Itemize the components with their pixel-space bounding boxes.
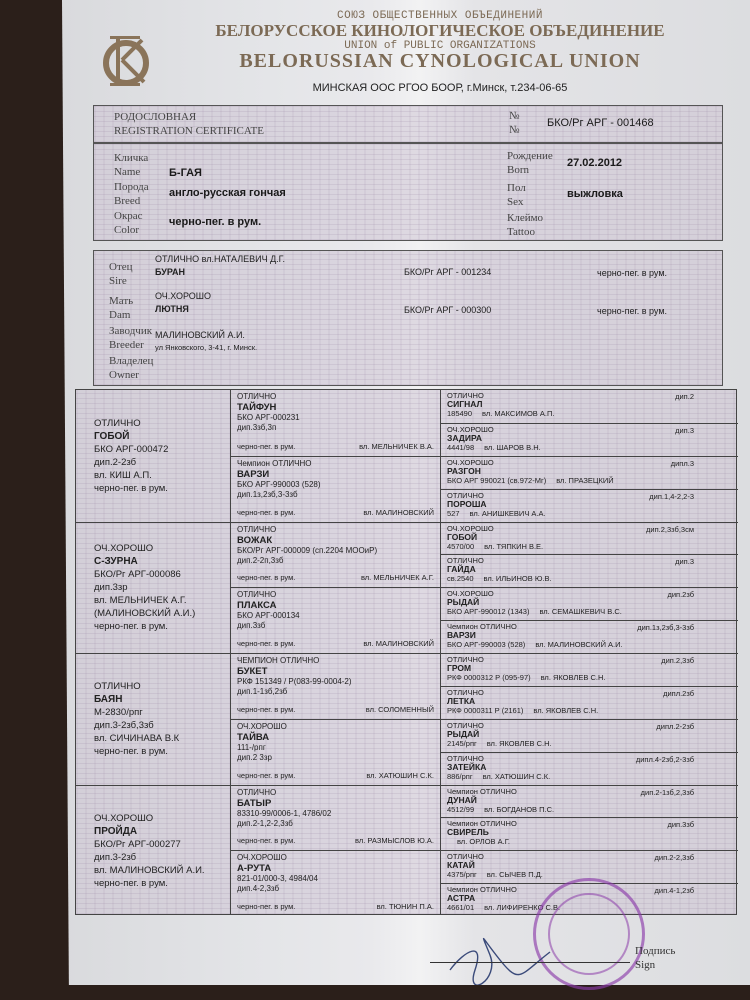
ancestor-diploma: дип.1-1зб,2зб [237,687,434,697]
ancestor-grade: ОТЛИЧНО [237,525,434,535]
ancestor-owner: вл. РАЗМЫСЛОВ Ю.А. [355,836,434,846]
owner-label-ru: Владелец [109,355,153,368]
ancestor-registration-line: вл. ОРЛОВ А.Г. [447,837,732,846]
certificate-title-box: РОДОСЛОВНАЯ REGISTRATION CERTIFICATE № №… [93,105,723,143]
ancestor-name: ВАРЗИ [237,469,434,480]
sign-label-en: Sign [635,959,655,972]
ancestor-registration: БКО АРГ-990003 (528) [237,480,434,490]
ancestor-footer: черно-пег. в рум.вл. СОЛОМЕННЫЙ [237,705,434,715]
tattoo-label-en: Tattoo [507,226,535,239]
ancestor-grade: ЧЕМПИОН ОТЛИЧНО [237,656,434,666]
breeder-address: ул Янковского, 3-41, г. Минск. [155,343,257,352]
ancestor-registration: 4512/99 [447,805,474,814]
ancestor-grade: ОТЛИЧНО [237,392,434,402]
ancestor-owner: вл. МАКСИМОВ А.П. [482,409,554,418]
ancestor-footer: черно-пег. в рум.вл. ХАТЮШИН С.К. [237,771,434,781]
pedigree-ancestor-cell: ОЧ.ХОРОШОРАЗГОНБКО АРГ 990021 (св.972-Мг… [441,456,738,489]
ancestor-owner: вл. СИЧИНАВА В.К [94,732,230,745]
parents-box: Отец Sire ОТЛИЧНО вл.НАТАЛЕВИЧ Д.Г. БУРА… [93,250,723,386]
number-label: № [509,110,520,123]
ancestor-registration: БКО/Рг АРГ-000277 [94,838,230,851]
dam-label-en: Dam [109,309,130,322]
ancestor-diploma: дип.2-2зб [94,456,230,469]
ancestor-diploma: дип.3зб [667,820,694,829]
ancestor-registration-line: 4441/98вл. ШАРОВ В.Н. [447,443,732,452]
ancestor-grade: ОТЛИЧНО [94,680,230,693]
pedigree-ancestor-cell: Чемпион ОТЛИЧНОСВИРЕЛЬвл. ОРЛОВ А.Г.дип.… [441,817,738,850]
color-label-en: Color [114,224,139,237]
ancestor-registration: РКФ 151349 / Р(083-99-0004-2) [237,677,434,687]
breeder-label-en: Breeder [109,339,144,352]
sire-color: черно-пег. в рум. [597,268,667,278]
sire-name: БУРАН [155,267,185,277]
sex-label-en: Sex [507,196,524,209]
ancestor-registration-line: РКФ 0000311 Р (2161)вл. ЯКОВЛЕВ С.Н. [447,706,732,715]
ancestor-registration-line: 4570/00вл. ТЯПКИН В.Е. [447,542,732,551]
sire-label-en: Sire [109,275,127,288]
ancestor-registration: 2145/рпг [447,739,477,748]
ancestor-diploma: дип.1,4-2,2-3 [649,492,694,501]
organization-name-en: BELORUSSIAN CYNOLOGICAL UNION [140,50,740,73]
ancestor-diploma: дип.3 [675,557,694,566]
sign-label-ru: Подпись [635,945,675,958]
ancestor-name: ЛЕТКА [447,697,732,706]
ancestor-name: ЗАДИРА [447,434,732,443]
ancestor-owner: вл. МАЛИНОВСКИЙ [363,639,434,649]
ancestor-name: ГОБОЙ [94,430,230,443]
ancestor-name: ВАРЗИ [447,631,732,640]
ancestor-registration: св.2540 [447,574,474,583]
ancestor-registration-line: 4512/99вл. БОГДАНОВ П.С. [447,805,732,814]
sire-label-ru: Отец [109,261,133,274]
ancestor-footer: черно-пег. в рум.вл. ТЮНИН П.А. [237,902,434,912]
ancestor-name: ГРОМ [447,664,732,673]
sire-registration: БКО/Рг АРГ - 001234 [404,267,491,277]
ancestor-name: КАТАЙ [447,861,732,870]
ancestor-name: БАТЫР [237,798,434,809]
pedigree-ancestor-cell: ОТЛИЧНОТАЙФУНБКО АРГ-000231дип.3зб,3пчер… [231,390,440,456]
certificate-number: БКО/Рг АРГ - 001468 [547,117,654,129]
ancestor-diploma: дип.3зр [94,581,230,594]
name-label-en: Name [114,166,140,179]
ancestor-diploma: дипл.4-2зб,2-3зб [636,755,694,764]
ancestor-diploma: дип.2 3зр [237,753,434,763]
pedigree-generation-1: ОТЛИЧНОГОБОЙБКО АРГ-000472дип.2-2збвл. К… [76,390,230,914]
pedigree-ancestor-cell: ОЧ.ХОРОШОЗАДИРА4441/98вл. ШАРОВ В.Н.дип.… [441,423,738,456]
ancestor-diploma: дип.2-1,2-2,3зб [237,819,434,829]
pedigree-ancestor-cell: ОЧ.ХОРОШОПРОЙДАБКО/Рг АРГ-000277дип.3-2з… [76,785,230,917]
ancestor-name: СИГНАЛ [447,400,732,409]
signature-line [430,962,630,963]
ancestor-color: черно-пег. в рум. [237,836,295,846]
ancestor-grade: ОТЛИЧНО [94,417,230,430]
pedigree-ancestor-cell: ОТЛИЧНОЗАТЕЙКА886/рпгвл. ХАТЮШИН С.К.дип… [441,752,738,785]
ancestor-registration: БКО АРГ-000134 [237,611,434,621]
ancestor-diploma: дип.4-2,3зб [237,884,434,894]
ancestor-registration: РКФ 0000311 Р (2161) [447,706,523,715]
ancestor-color: черно-пег. в рум. [94,745,230,758]
organization-name-ru: БЕЛОРУССКОЕ КИНОЛОГИЧЕСКОЕ ОБЪЕДИНЕНИЕ [140,21,740,41]
ancestor-color: черно-пег. в рум. [237,508,295,518]
ancestor-name: БАЯН [94,693,230,706]
tattoo-label-ru: Клеймо [507,212,543,225]
ancestor-diploma: дип.2,3зб [661,656,694,665]
ancestor-grade: ОЧ.ХОРОШО [237,853,434,863]
ancestor-owner: вл. ОРЛОВ А.Г. [457,837,510,846]
ancestor-owner: вл. СЕМАШКЕВИЧ В.С. [539,607,621,616]
ancestor-name: ДУНАЙ [447,796,732,805]
ancestor-registration: 111-/рпг [237,743,434,753]
ancestor-name: ЗАТЕЙКА [447,763,732,772]
ancestor-diploma: дипл.2зб [663,689,694,698]
ancestor-registration-line: БКО АРГ-990003 (528)вл. МАЛИНОВСКИЙ А.И. [447,640,732,649]
pedigree-ancestor-cell: Чемпион ОТЛИЧНОВАРЗИБКО АРГ-990003 (528)… [441,620,738,653]
pedigree-ancestor-cell: ЧЕМПИОН ОТЛИЧНОБУКЕТРКФ 151349 / Р(083-9… [231,653,440,719]
ancestor-name: ГОБОЙ [447,533,732,542]
ancestor-registration-line: 2145/рпгвл. ЯКОВЛЕВ С.Н. [447,739,732,748]
ancestor-owner: вл. ТЯПКИН В.Е. [484,542,543,551]
ancestor-registration: 821-01/000-3, 4984/04 [237,874,434,884]
owner-label-en: Owner [109,369,139,382]
ancestor-registration-line: св.2540вл. ИЛЬИНОВ Ю.В. [447,574,732,583]
ancestor-diploma: дип.2 [675,392,694,401]
ancestor-name: ГАЙДА [447,565,732,574]
number-label-en: № [509,124,520,137]
ancestor-color: черно-пег. в рум. [237,705,295,715]
ancestor-footer: черно-пег. в рум.вл. РАЗМЫСЛОВ Ю.А. [237,836,434,846]
ancestor-diploma: дип.3зб [237,621,434,631]
ancestor-diploma: дип.1з,2зб,3-3зб [237,490,434,500]
ancestor-owner: вл. АНИШКЕВИЧ А.А. [470,509,546,518]
ancestor-diploma: дип.2,3зб,3см [646,525,694,534]
pedigree-ancestor-cell: Чемпион ОТЛИЧНОВАРЗИБКО АРГ-990003 (528)… [231,456,440,522]
ancestor-grade: ОЧ.ХОРОШО [94,812,230,825]
ancestor-grade: ОТЛИЧНО [237,788,434,798]
ancestor-color: черно-пег. в рум. [237,442,295,452]
ancestor-grade: ОЧ.ХОРОШО [94,542,230,555]
pedigree-ancestor-cell: ОЧ.ХОРОШОРЫДАЙБКО АРГ-990012 (1343)вл. С… [441,587,738,620]
breeder-name: МАЛИНОВСКИЙ А.И. [155,330,245,340]
ancestor-registration: 4661/01 [447,903,474,912]
ancestor-name: РЫДАЙ [447,598,732,607]
ancestor-diploma: дипл.3 [671,459,694,468]
ancestor-diploma: дип.2-1зб,2,3зб [641,788,694,797]
ancestor-name: ВОЖАК [237,535,434,546]
ancestor-owner: вл. ХАТЮШИН С.К. [483,772,551,781]
ancestor-owner: вл. МАЛИНОВСКИЙ А.И. [535,640,622,649]
pedigree-ancestor-cell: ОТЛИЧНОЛЕТКАРКФ 0000311 Р (2161)вл. ЯКОВ… [441,686,738,719]
ancestor-registration: 4570/00 [447,542,474,551]
ancestor-owner: вл. БОГДАНОВ П.С. [484,805,554,814]
ancestor-owner: вл. ЯКОВЛЕВ С.Н. [533,706,598,715]
sire-grade: ОТЛИЧНО вл.НАТАЛЕВИЧ Д.Г. [155,254,285,264]
ancestor-owner: вл. МАЛИНОВСКИЙ А.И. [94,864,230,877]
ancestor-owner: вл. МЕЛЬНИЧЕК В.А. [359,442,434,452]
ancestor-registration: БКО/Рг АРГ-000009 (сп.2204 МООиР) [237,546,434,556]
ancestor-owner-secondary: (МАЛИНОВСКИЙ А.И.) [94,607,230,620]
dog-details-box: Кличка Name Б-ГАЯ Порода Breed англо-рус… [93,143,723,241]
ancestor-owner: вл. МАЛИНОВСКИЙ [363,508,434,518]
pedigree-ancestor-cell: ОТЛИЧНОГОБОЙБКО АРГ-000472дип.2-2збвл. К… [76,390,230,522]
pedigree-generation-2: ОТЛИЧНОТАЙФУНБКО АРГ-000231дип.3зб,3пчер… [230,390,440,914]
pedigree-ancestor-cell: ОЧ.ХОРОШОГОБОЙ4570/00вл. ТЯПКИН В.Е.дип.… [441,522,738,555]
pedigree-ancestor-cell: Чемпион ОТЛИЧНОДУНАЙ4512/99вл. БОГДАНОВ … [441,785,738,818]
ancestor-name: А-РУТА [237,863,434,874]
ancestor-owner: вл. ШАРОВ В.Н. [484,443,541,452]
ancestor-owner: вл. ТЮНИН П.А. [377,902,434,912]
dam-label-ru: Мать [109,295,133,308]
pedigree-ancestor-cell: ОТЛИЧНОПЛАКСАБКО АРГ-000134дип.3збчерно-… [231,587,440,653]
ancestor-diploma: дипл.2-2зб [656,722,694,731]
ancestor-owner: вл. ПРАЗЕЦКИЙ [556,476,613,485]
ancestor-owner: вл. ИЛЬИНОВ Ю.В. [484,574,552,583]
born-label-ru: Рождение [507,150,553,163]
ancestor-owner: вл. ЯКОВЛЕВ С.Н. [487,739,552,748]
ancestor-color: черно-пег. в рум. [237,771,295,781]
ancestor-registration-line: РКФ 0000312 Р (095-97)вл. ЯКОВЛЕВ С.Н. [447,673,732,682]
breed-label-en: Breed [114,195,140,208]
pedigree-ancestor-cell: ОЧ.ХОРОШОА-РУТА821-01/000-3, 4984/04дип.… [231,850,440,916]
ancestor-name: ПЛАКСА [237,600,434,611]
ancestor-registration: 886/рпг [447,772,473,781]
signature-scribble-icon [440,930,560,985]
ancestor-grade: ОЧ.ХОРОШО [237,722,434,732]
pedigree-ancestor-cell: ОТЛИЧНОГРОМРКФ 0000312 Р (095-97)вл. ЯКО… [441,653,738,686]
pedigree-table: ОТЛИЧНОГОБОЙБКО АРГ-000472дип.2-2збвл. К… [75,389,737,915]
breeder-label-ru: Заводчик [109,325,152,338]
ancestor-owner: вл. МЕЛЬНИЧЕК А.Г. [94,594,230,607]
ancestor-diploma: дип.2-2,3зб [655,853,694,862]
ancestor-name: РЫДАЙ [447,730,732,739]
ancestor-owner: вл. СОЛОМЕННЫЙ [366,705,434,715]
ancestor-registration-line: 527вл. АНИШКЕВИЧ А.А. [447,509,732,518]
ancestor-registration: БКО АРГ-000472 [94,443,230,456]
color-label-ru: Окрас [114,210,143,223]
ancestor-registration: 185490 [447,409,472,418]
ancestor-name: ПРОЙДА [94,825,230,838]
breed-label-ru: Порода [114,181,149,194]
ancestor-color: черно-пег. в рум. [237,639,295,649]
ancestor-name: С-ЗУРНА [94,555,230,568]
ancestor-owner: вл. КИШ А.П. [94,469,230,482]
ancestor-registration-line: БКО АРГ-990012 (1343)вл. СЕМАШКЕВИЧ В.С. [447,607,732,616]
ancestor-name: ПОРОША [447,500,732,509]
branch-contact: МИНСКАЯ ООС РГОО БООР, г.Минск, т.234-06… [140,82,740,94]
ancestor-name: БУКЕТ [237,666,434,677]
ancestor-registration: 527 [447,509,460,518]
ancestor-diploma: дип.3-2зб,3зб [94,719,230,732]
ancestor-diploma: дип.3зб,3п [237,423,434,433]
dog-color: черно-пег. в рум. [169,216,261,228]
ancestor-registration: М-2830/рпг [94,706,230,719]
ancestor-footer: черно-пег. в рум.вл. МАЛИНОВСКИЙ [237,639,434,649]
dog-sex: выжловка [567,188,623,200]
ancestor-name: ТАЙФУН [237,402,434,413]
ancestor-registration: 4375/рпг [447,870,477,879]
dam-name: ЛЮТНЯ [155,304,189,314]
title-en: REGISTRATION CERTIFICATE [114,125,264,138]
ancestor-grade: Чемпион ОТЛИЧНО [237,459,434,469]
ancestor-color: черно-пег. в рум. [94,482,230,495]
ancestor-registration: БКО АРГ 990021 (св.972-Мг) [447,476,546,485]
ancestor-diploma: дип.1з,2зб,3-3зб [637,623,694,632]
dog-name: Б-ГАЯ [169,167,202,179]
pedigree-ancestor-cell: ОЧ.ХОРОШОС-ЗУРНАБКО/Рг АРГ-000086дип.3зр… [76,522,230,654]
ancestor-registration-line: БКО АРГ 990021 (св.972-Мг)вл. ПРАЗЕЦКИЙ [447,476,732,485]
pedigree-generation-3: ОТЛИЧНОСИГНАЛ185490вл. МАКСИМОВ А.П.дип.… [440,390,738,914]
ancestor-name: ТАЙВА [237,732,434,743]
ancestor-registration-line: 185490вл. МАКСИМОВ А.П. [447,409,732,418]
ancestor-diploma: дип.2-2п,3зб [237,556,434,566]
ancestor-registration: БКО АРГ-990003 (528) [447,640,525,649]
dog-born: 27.02.2012 [567,157,622,169]
pedigree-ancestor-cell: ОТЛИЧНОРЫДАЙ2145/рпгвл. ЯКОВЛЕВ С.Н.дипл… [441,719,738,752]
ancestor-diploma: дип.3-2зб [94,851,230,864]
ancestor-color: черно-пег. в рум. [237,902,295,912]
ancestor-registration-line: 886/рпгвл. ХАТЮШИН С.К. [447,772,732,781]
pedigree-ancestor-cell: ОТЛИЧНОБАЯНМ-2830/рпгдип.3-2зб,3збвл. СИ… [76,653,230,785]
dam-color: черно-пег. в рум. [597,306,667,316]
sex-label-ru: Пол [507,182,526,195]
ancestor-registration: 4441/98 [447,443,474,452]
dam-grade: ОЧ.ХОРОШО [155,291,211,301]
ancestor-diploma: дип.3 [675,426,694,435]
pedigree-ancestor-cell: ОТЛИЧНОПОРОША527вл. АНИШКЕВИЧ А.А.дип.1,… [441,489,738,522]
pedigree-ancestor-cell: ОТЛИЧНОСИГНАЛ185490вл. МАКСИМОВ А.П.дип.… [441,390,738,423]
pedigree-ancestor-cell: ОЧ.ХОРОШОТАЙВА111-/рпгдип.2 3зрчерно-пег… [231,719,440,785]
ancestor-color: черно-пег. в рум. [237,573,295,583]
pedigree-ancestor-cell: ОТЛИЧНОВОЖАКБКО/Рг АРГ-000009 (сп.2204 М… [231,522,440,588]
dog-breed: англо-русская гончая [169,187,286,199]
pedigree-ancestor-cell: ОТЛИЧНОБАТЫР83310-99/0006-1, 4786/02дип.… [231,785,440,851]
title-ru: РОДОСЛОВНАЯ [114,111,196,124]
ancestor-owner: вл. ХАТЮШИН С.К. [366,771,434,781]
ancestor-registration: БКО АРГ-000231 [237,413,434,423]
ancestor-owner: вл. МЕЛЬНИЧЕК А.Г. [361,573,434,583]
dam-registration: БКО/Рг АРГ - 000300 [404,305,491,315]
ancestor-footer: черно-пег. в рум.вл. МЕЛЬНИЧЕК В.А. [237,442,434,452]
ancestor-owner: вл. СЫЧЕВ П.Д. [487,870,543,879]
ancestor-diploma: дип.4-1,2зб [655,886,694,895]
ancestor-registration: 83310-99/0006-1, 4786/02 [237,809,434,819]
pedigree-ancestor-cell: ОТЛИЧНОГАЙДАсв.2540вл. ИЛЬИНОВ Ю.В.дип.3 [441,554,738,587]
ancestor-color: черно-пег. в рум. [94,877,230,890]
ancestor-name: СВИРЕЛЬ [447,828,732,837]
ancestor-registration: БКО АРГ-990012 (1343) [447,607,529,616]
ancestor-registration: БКО/Рг АРГ-000086 [94,568,230,581]
ancestor-footer: черно-пег. в рум.вл. МЕЛЬНИЧЕК А.Г. [237,573,434,583]
ancestor-registration: РКФ 0000312 Р (095-97) [447,673,531,682]
ancestor-color: черно-пег. в рум. [94,620,230,633]
ancestor-footer: черно-пег. в рум.вл. МАЛИНОВСКИЙ [237,508,434,518]
ancestor-name: РАЗГОН [447,467,732,476]
ancestor-owner: вл. ЯКОВЛЕВ С.Н. [541,673,606,682]
name-label-ru: Кличка [114,152,148,165]
ancestor-grade: ОТЛИЧНО [237,590,434,600]
ancestor-diploma: дип.2зб [667,590,694,599]
born-label-en: Born [507,164,529,177]
